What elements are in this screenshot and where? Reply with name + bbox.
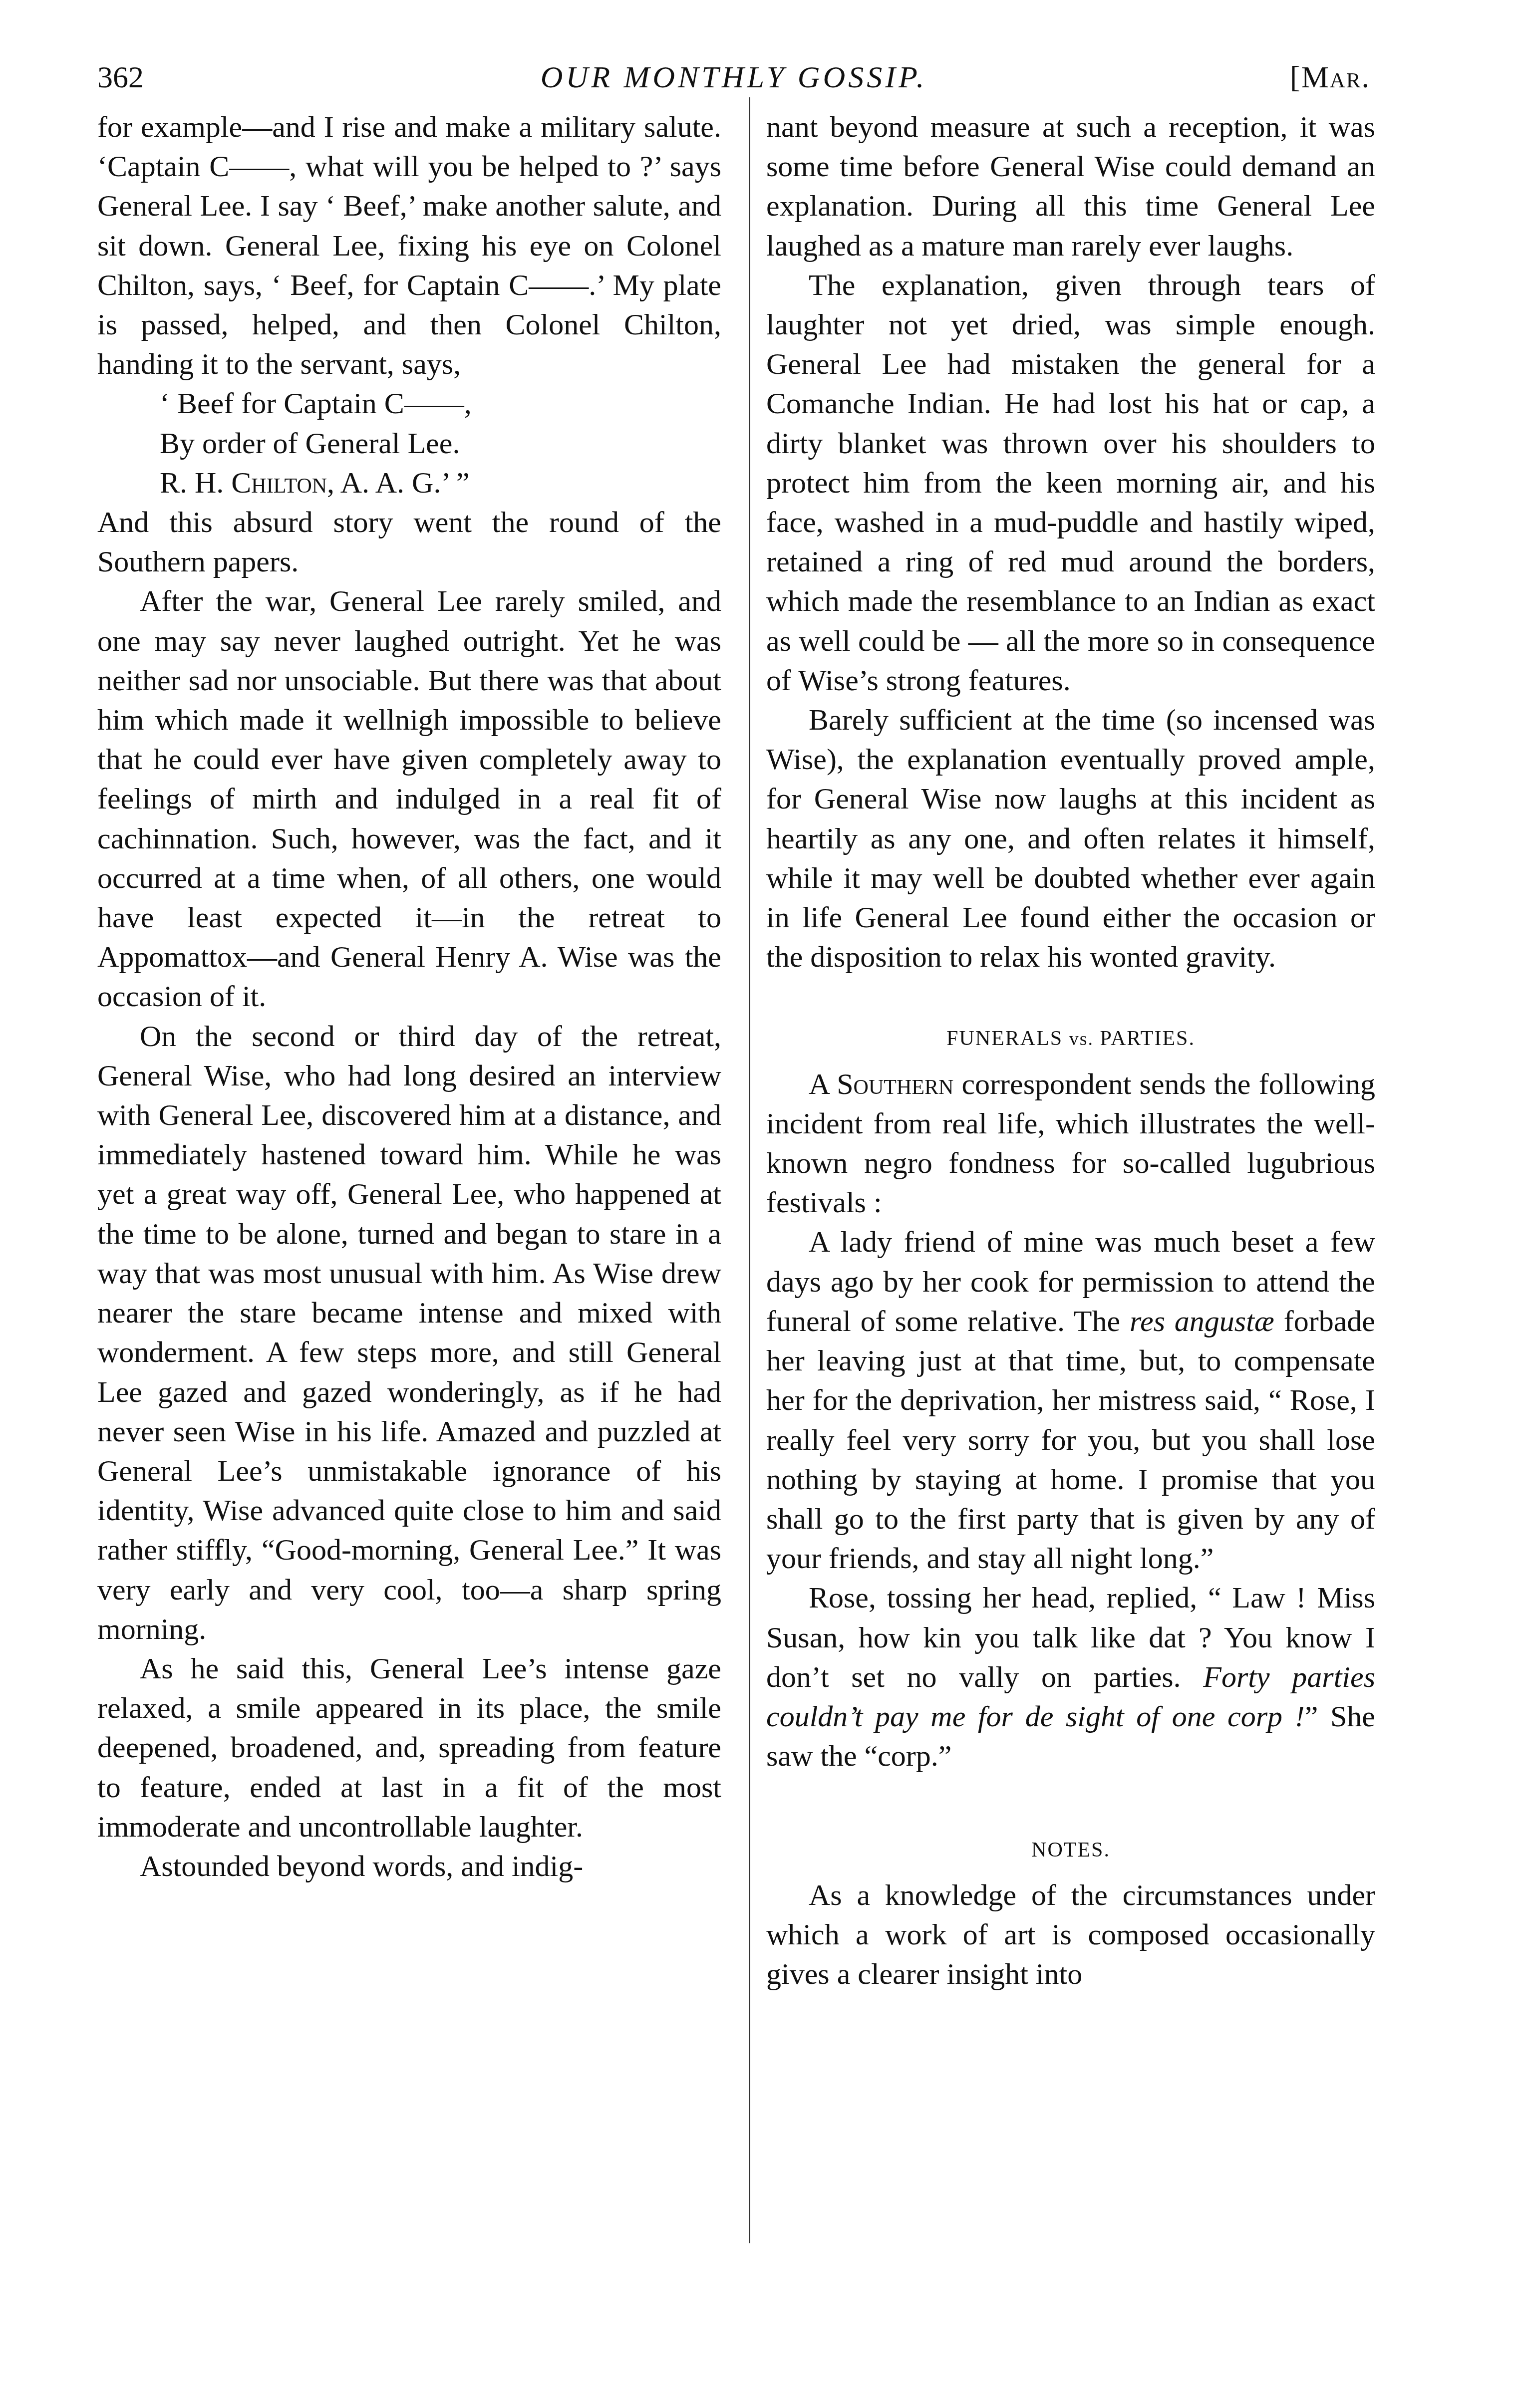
- paragraph: Barely sufficient at the time (so incens…: [766, 700, 1375, 977]
- heading-text: vs.: [1069, 1029, 1094, 1050]
- left-column: for example—and I rise and make a milita…: [97, 107, 721, 1886]
- section-heading-notes: NOTES.: [766, 1831, 1375, 1870]
- paragraph: nant beyond measure at such a reception,…: [766, 107, 1375, 266]
- paragraph: As he said this, General Lee’s intense g…: [97, 1649, 721, 1847]
- italic-phrase: res angustæ: [1130, 1305, 1274, 1338]
- paragraph: A Southern correspondent sends the follo…: [766, 1065, 1375, 1223]
- paragraph: Rose, tossing her head, replied, “ Law !…: [766, 1578, 1375, 1776]
- heading-text: PARTIES.: [1100, 1027, 1195, 1050]
- section-heading-funerals: FUNERALS vs. PARTIES.: [766, 1019, 1375, 1059]
- paragraph: And this absurd story went the round of …: [97, 503, 721, 581]
- verse-block: ‘ Beef for Captain C——, By order of Gene…: [97, 384, 721, 503]
- paragraph: A lady friend of mine was much beset a f…: [766, 1222, 1375, 1578]
- column-divider: [749, 97, 750, 2243]
- paragraph: As a knowledge of the circumstances unde…: [766, 1875, 1375, 1994]
- verse-line: R. H. Chilton, A. A. G.’ ”: [97, 463, 721, 503]
- paragraph: Astounded beyond words, and indig-: [97, 1847, 721, 1886]
- heading-text: FUNERALS: [946, 1027, 1063, 1050]
- paragraph: After the war, General Lee rarely smiled…: [97, 581, 721, 1016]
- issue-month: [Mar.: [1290, 60, 1370, 95]
- paragraph: The explanation, given through tears of …: [766, 266, 1375, 700]
- paragraph-text: forbade her leaving just at that time, b…: [766, 1305, 1375, 1575]
- verse-line: By order of General Lee.: [97, 424, 721, 463]
- right-column: nant beyond measure at such a reception,…: [766, 107, 1375, 1994]
- verse-line: ‘ Beef for Captain C——,: [97, 384, 721, 423]
- lead-in-text: A Southern: [809, 1068, 953, 1100]
- paragraph: for example—and I rise and make a milita…: [97, 107, 721, 384]
- paragraph: On the second or third day of the retrea…: [97, 1017, 721, 1649]
- running-title: OUR MONTHLY GOSSIP.: [97, 60, 1370, 95]
